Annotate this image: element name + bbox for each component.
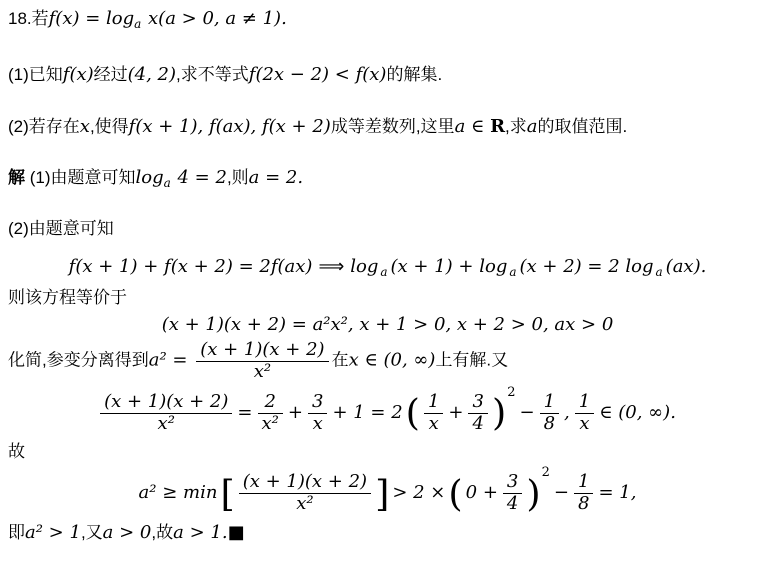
log-base-subscript: a: [380, 265, 387, 279]
fraction: (x + 1)(x + 2)x²: [239, 472, 371, 514]
therefore-text: 故: [8, 441, 767, 463]
right-bracket: ]: [375, 472, 389, 515]
fraction-denominator: x: [424, 413, 443, 435]
solution-part1: 解 (1)由题意可知loga 4 = 2,则a = 2.: [8, 166, 767, 192]
equivalent-system: (x + 1)(x + 2) = a²x², x + 1 > 0, x + 2 …: [162, 314, 614, 335]
minus-sign: −: [554, 482, 569, 503]
plus-one-equals: + 1 = 2: [332, 402, 402, 423]
log-term-1: log: [350, 256, 378, 277]
equation-min-bound: a² ≥ min[(x + 1)(x + 2)x²]> 2 ×(0 +34)2−…: [8, 465, 767, 517]
fraction-numerator: 3: [308, 392, 327, 413]
problem-statement: 18.若f(x) = loga x(a > 0, a ≠ 1).: [8, 7, 767, 33]
domain-tail: ∈ (0, ∞).: [599, 402, 676, 423]
log-equation: 4 = 2: [172, 167, 227, 188]
log-term-3: (x + 2) = 2 log: [520, 256, 654, 277]
fraction: 2x²: [258, 392, 283, 434]
equation-log-expansion: f(x + 1) + f(x + 2) = 2f(ax)⟹loga(x + 1)…: [8, 255, 767, 281]
fraction-numerator: 2: [258, 392, 283, 413]
fraction: 1x: [424, 392, 443, 434]
fx-expr: f(x): [63, 64, 94, 85]
fraction: (x + 1)(x + 2)x²: [196, 340, 328, 382]
greater-than-expr: > 2 ×: [392, 482, 445, 503]
left-paren: (: [406, 391, 420, 434]
fraction-denominator: x²: [196, 361, 328, 383]
sequence-terms: f(x + 1), f(ax), f(x + 2): [129, 116, 331, 137]
log-base-subscript: a: [509, 265, 516, 279]
log-base-subscript: a: [656, 265, 663, 279]
fraction-denominator: x: [575, 413, 594, 435]
a-in-expr: a ∈: [455, 116, 491, 137]
plus-sign: +: [448, 402, 463, 423]
simplify-text: 化简,参变分离得到: [8, 351, 149, 370]
fraction-numerator: (x + 1)(x + 2): [196, 340, 328, 361]
fraction-numerator: 3: [468, 392, 487, 413]
fraction: 18: [574, 472, 593, 514]
implies-arrow-icon: ⟹: [314, 256, 348, 277]
fraction-denominator: 4: [468, 413, 487, 435]
domain-condition: x(a > 0, a ≠ 1).: [142, 8, 287, 29]
arithmetic-condition: f(x + 1) + f(x + 2) = 2f(ax): [69, 256, 313, 277]
therefore-label: 故: [8, 442, 25, 461]
a-gt-one: a > 1.: [173, 522, 227, 543]
log-base-subscript: a: [134, 17, 141, 31]
fraction-denominator: x: [308, 413, 327, 435]
log-expr: log: [136, 167, 164, 188]
minus-sign: −: [519, 402, 534, 423]
fraction: 3x: [308, 392, 327, 434]
left-bracket: [: [220, 472, 234, 515]
fraction-numerator: 1: [424, 392, 443, 413]
fraction-numerator: 3: [503, 472, 522, 493]
fraction-denominator: x²: [100, 413, 232, 435]
left-paren: (: [448, 472, 462, 515]
x-var: x: [80, 116, 90, 137]
x-domain: x ∈ (0, ∞): [349, 350, 436, 371]
part2-question: (2)若存在x,使得f(x + 1), f(ax), f(x + 2)成等差数列…: [8, 115, 767, 138]
equals-sign: =: [237, 402, 252, 423]
passes-through-text: 经过: [94, 65, 128, 84]
a-value: a = 2.: [249, 167, 303, 188]
fraction-denominator: x²: [239, 493, 371, 515]
fraction-denominator: 8: [574, 493, 593, 515]
conclusion-line: 即a² > 1,又a > 0,故a > 1.■: [8, 521, 767, 544]
then-text: ,则: [227, 168, 249, 187]
and-text: ,又: [81, 523, 103, 542]
log-term-4: (ax).: [666, 256, 707, 277]
fraction-numerator: (x + 1)(x + 2): [239, 472, 371, 493]
fraction: 1x: [575, 392, 594, 434]
that-is-text: 即: [8, 523, 25, 542]
so-text: ,故: [151, 523, 173, 542]
fraction: 18: [540, 392, 559, 434]
part1-solution-intro: (1)由题意可知: [25, 168, 136, 187]
on-text: 在: [332, 351, 349, 370]
problem-number-text: 18.若: [8, 9, 49, 28]
plus-sign: +: [288, 402, 303, 423]
fraction-numerator: 1: [575, 392, 594, 413]
separation-line: 化简,参变分离得到a² = (x + 1)(x + 2)x²在x ∈ (0, ∞…: [8, 340, 767, 382]
a-squared-min: a² ≥ min: [139, 482, 218, 503]
equivalence-text: 则该方程等价于: [8, 287, 767, 309]
part2-solution-intro: (2)由题意可知: [8, 219, 114, 238]
a-gt-zero: a > 0: [103, 522, 152, 543]
log-term-2: (x + 1) + log: [391, 256, 508, 277]
fraction-numerator: 1: [574, 472, 593, 493]
log-base-subscript: a: [164, 176, 171, 190]
part2-label: (2)若存在: [8, 117, 80, 136]
zero-plus: 0 +: [466, 482, 498, 503]
fraction-denominator: x²: [258, 413, 283, 435]
a-squared-equals: a² =: [149, 350, 193, 371]
real-numbers-symbol: R: [490, 116, 505, 137]
find-text: ,求: [505, 117, 527, 136]
right-paren: ): [492, 391, 506, 434]
solution-part2-intro: (2)由题意可知: [8, 218, 767, 240]
part1-question: (1)已知f(x)经过(4, 2),求不等式f(2x − 2) < f(x)的解…: [8, 63, 767, 86]
a-squared-gt-one: a² > 1: [25, 522, 81, 543]
fraction: 34: [468, 392, 487, 434]
has-solution-text: 上有解.又: [435, 351, 508, 370]
solution-set-text: 的解集.: [386, 65, 442, 84]
such-that-text: ,使得: [90, 117, 129, 136]
math-solution-document: 18.若f(x) = loga x(a > 0, a ≠ 1). (1)已知f(…: [0, 0, 777, 545]
fraction-denominator: 8: [540, 413, 559, 435]
fraction-numerator: (x + 1)(x + 2): [100, 392, 232, 413]
fraction-numerator: 1: [540, 392, 559, 413]
equals-one: = 1,: [598, 482, 636, 503]
fraction: 34: [503, 472, 522, 514]
part1-label: (1)已知: [8, 65, 63, 84]
equation-equivalent: (x + 1)(x + 2) = a²x², x + 1 > 0, x + 2 …: [8, 313, 767, 336]
solution-label: 解: [8, 168, 25, 187]
point-expr: (4, 2): [128, 64, 176, 85]
qed-icon: ■: [228, 522, 245, 543]
right-paren: ): [526, 472, 540, 515]
inequality-expr: f(2x − 2) < f(x): [249, 64, 387, 85]
fraction-denominator: 4: [503, 493, 522, 515]
range-text: 的取值范围.: [538, 117, 628, 136]
comma: ,: [564, 402, 570, 423]
a-var: a: [527, 116, 538, 137]
equivalent-to-text: 则该方程等价于: [8, 288, 127, 307]
exponent: 2: [507, 385, 515, 400]
function-definition: f(x) = log: [49, 8, 135, 29]
equation-expansion: (x + 1)(x + 2)x²=2x²+3x+ 1 = 2(1x+34)2−1…: [8, 385, 767, 437]
exponent: 2: [542, 465, 550, 480]
arithmetic-seq-text: 成等差数列,这里: [331, 117, 455, 136]
solve-inequality-text: ,求不等式: [176, 65, 249, 84]
fraction: (x + 1)(x + 2)x²: [100, 392, 232, 434]
